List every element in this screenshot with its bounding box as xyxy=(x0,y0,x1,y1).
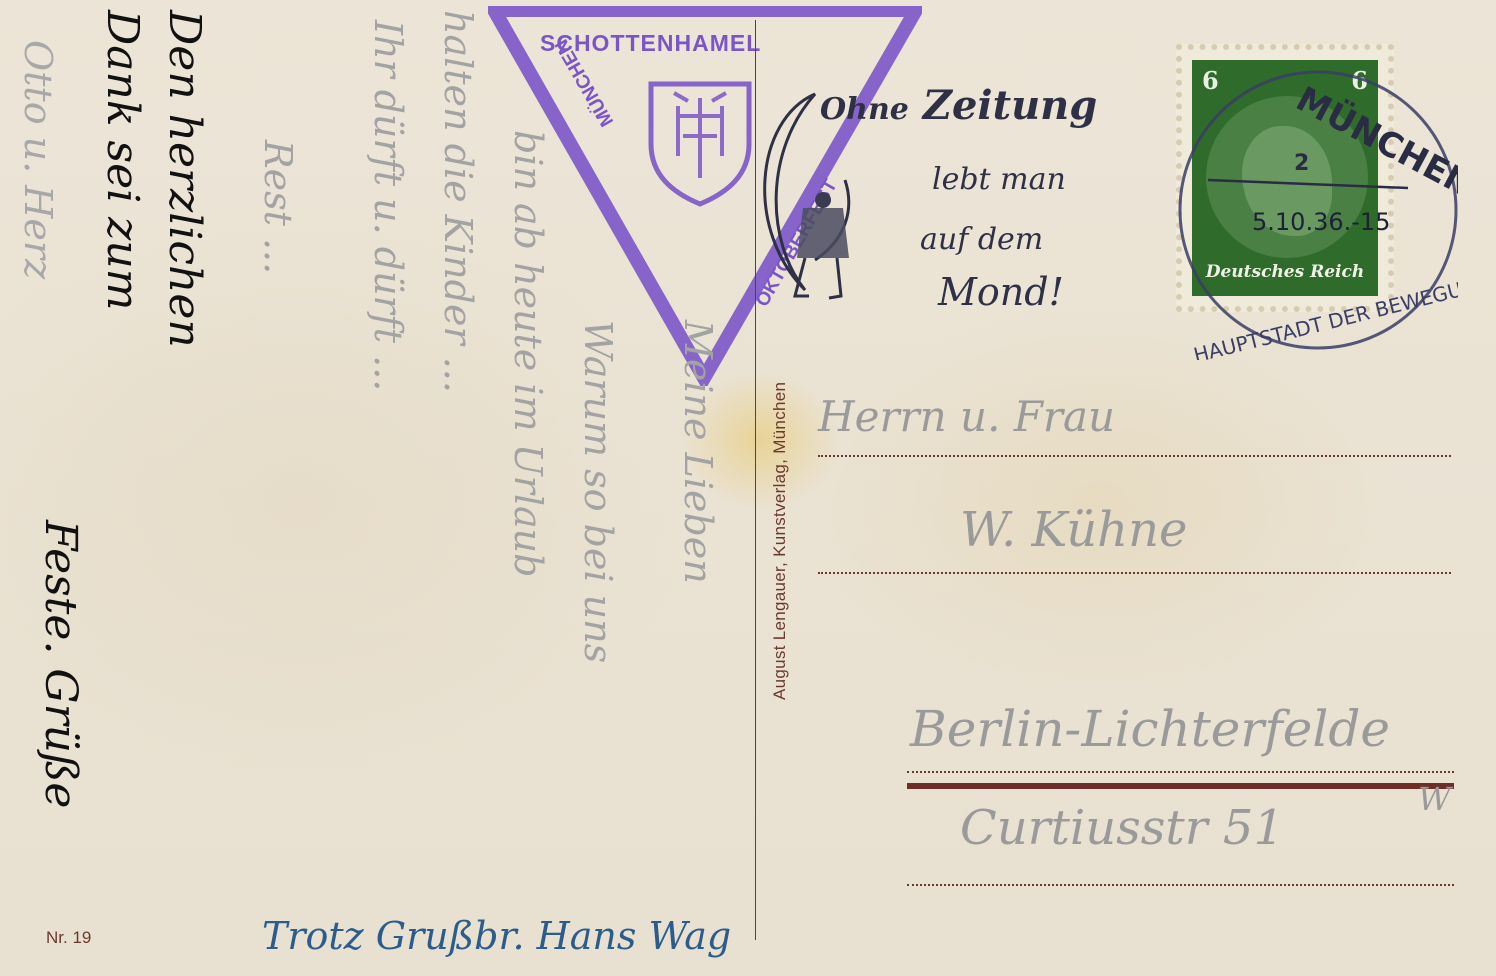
publisher-imprint: August Lengauer, Kunstverlag, München xyxy=(770,382,790,700)
message-line: bin ab heute im Urlaub xyxy=(506,130,550,577)
address-line-3-rule xyxy=(907,771,1454,773)
card-number: Nr. 19 xyxy=(46,928,91,948)
message-line: Warum so bei uns xyxy=(576,320,620,663)
slogan-line-2: lebt man xyxy=(932,162,1066,197)
postcard-back: SCHOTTENHAMEL MÜNCHEN OKTOBERFEST Ohne Z… xyxy=(0,0,1496,976)
postmark-date: 5.10.36.-15 xyxy=(1252,208,1390,236)
postmark-office: 2 xyxy=(1294,151,1309,176)
address-city: Berlin-Lichterfelde xyxy=(910,700,1390,758)
greeting-line: Den herzlichen xyxy=(159,10,210,348)
address-line-4-rule xyxy=(907,884,1454,886)
message-line: Rest ... xyxy=(256,140,300,274)
signature-line: Otto u. Herz xyxy=(16,40,60,279)
message-line: Meine Lieben xyxy=(676,320,720,584)
address-suffix: W xyxy=(1418,780,1451,818)
center-divider-line xyxy=(755,20,756,940)
slogan-word-zeitung: Zeitung xyxy=(923,82,1097,129)
address-line-1-rule xyxy=(818,455,1451,457)
address-salutation: Herrn u. Frau xyxy=(818,392,1115,441)
message-line: Ihr dürft u. dürft ... xyxy=(366,20,410,391)
address-city-underline xyxy=(907,783,1454,789)
greeting-line: Dank sei zum xyxy=(97,10,148,310)
slogan-word-ohne: Ohne xyxy=(820,92,909,127)
address-name: W. Kühne xyxy=(960,502,1187,558)
slogan-line-4: Mond! xyxy=(938,270,1064,314)
slogan-line-3: auf dem xyxy=(920,222,1043,257)
greeting-line: Feste. Grüße xyxy=(35,520,86,808)
address-street: Curtiusstr 51 xyxy=(960,800,1284,856)
blue-ink-signature: Trotz Grußbr. Hans Wag xyxy=(262,914,731,958)
postmark-circle: MÜNCHEN 2 5.10.36.-15 HAUPTSTADT DER BEW… xyxy=(1168,70,1458,360)
address-line-2-rule xyxy=(818,572,1451,574)
message-line: halten die Kinder ... xyxy=(436,10,480,393)
